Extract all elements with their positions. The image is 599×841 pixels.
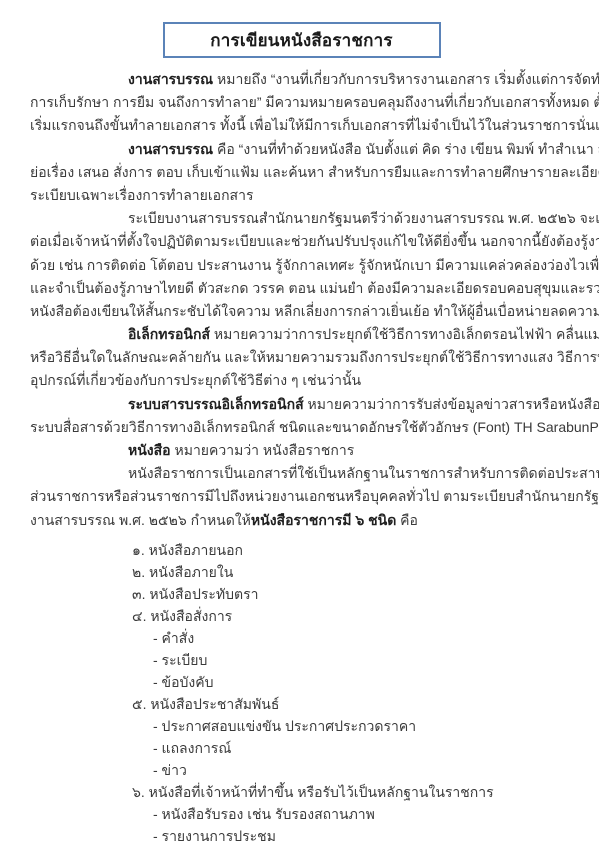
bold-text-segment: หนังสือ <box>128 442 171 458</box>
text-segment: ด้วย เช่น การติดต่อ โต้ตอบ ประสานงาน รู้… <box>30 257 599 273</box>
text-line: ย่อเรื่อง เสนอ สั่งการ ตอบ เก็บเข้าแฟ้ม … <box>30 161 573 184</box>
text-line: ด้วย เช่น การติดต่อ โต้ตอบ ประสานงาน รู้… <box>30 254 573 277</box>
text-line: หนังสือ หมายความว่า หนังสือราชการ <box>30 439 573 462</box>
list-item: ๕. หนังสือประชาสัมพันธ์ <box>30 693 573 715</box>
text-line: อิเล็กทรอนิกส์ หมายความว่าการประยุกต์ใช้… <box>30 323 573 346</box>
list-item: ๒. หนังสือภายใน <box>30 561 573 583</box>
sub-list-item: - ประกาศสอบแข่งขัน ประกาศประกวดราคา <box>30 715 573 737</box>
text-segment: ระเบียบงานสารบรรณสำนักนายกรัฐมนตรีว่าด้ว… <box>128 210 599 226</box>
text-line: เริ่มแรกจนถึงขั้นทำลายเอกสาร ทั้งนี้ เพื… <box>30 114 573 137</box>
text-segment: ๖. หนังสือที่เจ้าหน้าที่ทำขึ้น หรือรับไว… <box>132 784 494 800</box>
text-line: ระบบสารบรรณอิเล็กทรอนิกส์ หมายความว่าการ… <box>30 393 573 416</box>
bold-text-segment: ระบบสารบรรณอิเล็กทรอนิกส์ <box>128 396 304 412</box>
text-segment: ๕. หนังสือประชาสัมพันธ์ <box>132 696 279 712</box>
text-segment: และจำเป็นต้องรู้ภาษาไทยดี ตัวสะกด วรรค ต… <box>30 280 599 296</box>
text-line: ต่อเมื่อเจ้าหน้าที่ตั้งใจปฏิบัติตามระเบี… <box>30 230 573 253</box>
text-segment: ย่อเรื่อง เสนอ สั่งการ ตอบ เก็บเข้าแฟ้ม … <box>30 164 599 180</box>
document-title-box: การเขียนหนังสือราชการ <box>163 22 441 58</box>
text-segment: - ข้อบังคับ <box>153 674 214 690</box>
text-segment: - หนังสือรับรอง เช่น รับรองสถานภาพ <box>153 806 375 822</box>
text-line: หนังสือราชการเป็นเอกสารที่ใช้เป็นหลักฐาน… <box>30 462 573 485</box>
bold-text-segment: งานสารบรรณ <box>128 71 213 87</box>
text-line: และจำเป็นต้องรู้ภาษาไทยดี ตัวสะกด วรรค ต… <box>30 277 573 300</box>
sub-list-item: - ข้อบังคับ <box>30 671 573 693</box>
text-segment: การเก็บรักษา การยืม จนถึงการทำลาย” มีควา… <box>30 94 599 110</box>
list-item: ๑. หนังสือภายนอก <box>30 539 573 561</box>
text-segment: หมายความว่าการประยุกต์ใช้วิธีการทางอิเล็… <box>210 326 599 342</box>
text-segment: ๑. หนังสือภายนอก <box>132 542 243 558</box>
text-segment: ส่วนราชการหรือส่วนราชการมีไปถึงหน่วยงานเ… <box>30 488 599 504</box>
text-segment: - แถลงการณ์ <box>153 740 231 756</box>
text-segment: หมายถึง “งานที่เกี่ยวกับการบริหารงานเอกส… <box>213 71 599 87</box>
document-body: งานสารบรรณ หมายถึง “งานที่เกี่ยวกับการบร… <box>30 68 573 841</box>
text-segment: คือ “งานที่ทำด้วยหนังสือ นับตั้งแต่ คิด … <box>213 141 599 157</box>
page-title: การเขียนหนังสือราชการ <box>210 27 392 54</box>
text-segment: - ประกาศสอบแข่งขัน ประกาศประกวดราคา <box>153 718 416 734</box>
text-line: ส่วนราชการหรือส่วนราชการมีไปถึงหน่วยงานเ… <box>30 485 573 508</box>
text-segment: ระเบียบเฉพาะเรื่องการทำลายเอกสาร <box>30 187 253 203</box>
text-segment: ๓. หนังสือประทับตรา <box>132 586 258 602</box>
text-line: ระบบสื่อสารด้วยวิธีการทางอิเล็กทรอนิกส์ … <box>30 416 573 439</box>
text-segment: หมายความว่าการรับส่งข้อมูลข่าวสารหรือหนั… <box>304 396 599 412</box>
text-line: งานสารบรรณ พ.ศ. ๒๕๒๖ กำหนดให้หนังสือราชก… <box>30 509 573 532</box>
text-segment: - ระเบียบ <box>153 652 207 668</box>
bold-text-segment: อิเล็กทรอนิกส์ <box>128 326 210 342</box>
sub-list-item: - ระเบียบ <box>30 649 573 671</box>
text-segment: ๔. หนังสือสั่งการ <box>132 608 232 624</box>
text-segment: หนังสือต้องเขียนให้สั้นกระชับได้ใจความ ห… <box>30 303 599 319</box>
text-line: หรือวิธีอื่นใดในลักษณะคล้ายกัน และให้หมา… <box>30 346 573 369</box>
bold-text-segment: งานสารบรรณ <box>128 141 213 157</box>
text-segment: หนังสือราชการเป็นเอกสารที่ใช้เป็นหลักฐาน… <box>128 465 599 481</box>
text-segment: หรือวิธีอื่นใดในลักษณะคล้ายกัน และให้หมา… <box>30 349 599 365</box>
text-line: อุปกรณ์ที่เกี่ยวข้องกับการประยุกต์ใช้วิธ… <box>30 369 573 392</box>
line-spacer <box>30 532 573 539</box>
sub-list-item: - แถลงการณ์ <box>30 737 573 759</box>
text-segment: ๒. หนังสือภายใน <box>132 564 233 580</box>
list-item: ๖. หนังสือที่เจ้าหน้าที่ทำขึ้น หรือรับไว… <box>30 781 573 803</box>
list-item: ๔. หนังสือสั่งการ <box>30 605 573 627</box>
text-segment: งานสารบรรณ พ.ศ. ๒๕๒๖ กำหนดให้ <box>30 512 251 528</box>
text-line: หนังสือต้องเขียนให้สั้นกระชับได้ใจความ ห… <box>30 300 573 323</box>
sub-list-item: - ข่าว <box>30 759 573 781</box>
text-line: ระเบียบเฉพาะเรื่องการทำลายเอกสาร <box>30 184 573 207</box>
text-segment: หมายความว่า หนังสือราชการ <box>171 442 355 458</box>
text-segment: ระบบสื่อสารด้วยวิธีการทางอิเล็กทรอนิกส์ … <box>30 419 599 435</box>
text-segment: - ข่าว <box>153 762 187 778</box>
text-segment: ต่อเมื่อเจ้าหน้าที่ตั้งใจปฏิบัติตามระเบี… <box>30 233 599 249</box>
text-line: ระเบียบงานสารบรรณสำนักนายกรัฐมนตรีว่าด้ว… <box>30 207 573 230</box>
text-segment: อุปกรณ์ที่เกี่ยวข้องกับการประยุกต์ใช้วิธ… <box>30 372 361 388</box>
document-page: การเขียนหนังสือราชการ งานสารบรรณ หมายถึง… <box>0 0 599 841</box>
text-segment: - รายงานการประชุม <box>153 828 276 841</box>
text-line: งานสารบรรณ หมายถึง “งานที่เกี่ยวกับการบร… <box>30 68 573 91</box>
text-segment: - คำสั่ง <box>153 630 194 646</box>
text-line: การเก็บรักษา การยืม จนถึงการทำลาย” มีควา… <box>30 91 573 114</box>
bold-text-segment: หนังสือราชการมี ๖ ชนิด <box>251 512 396 528</box>
text-line: งานสารบรรณ คือ “งานที่ทำด้วยหนังสือ นับต… <box>30 138 573 161</box>
list-item: ๓. หนังสือประทับตรา <box>30 583 573 605</box>
text-segment: คือ <box>396 512 418 528</box>
sub-list-item: - หนังสือรับรอง เช่น รับรองสถานภาพ <box>30 803 573 825</box>
sub-list-item: - รายงานการประชุม <box>30 825 573 841</box>
sub-list-item: - คำสั่ง <box>30 627 573 649</box>
text-segment: เริ่มแรกจนถึงขั้นทำลายเอกสาร ทั้งนี้ เพื… <box>30 117 599 133</box>
